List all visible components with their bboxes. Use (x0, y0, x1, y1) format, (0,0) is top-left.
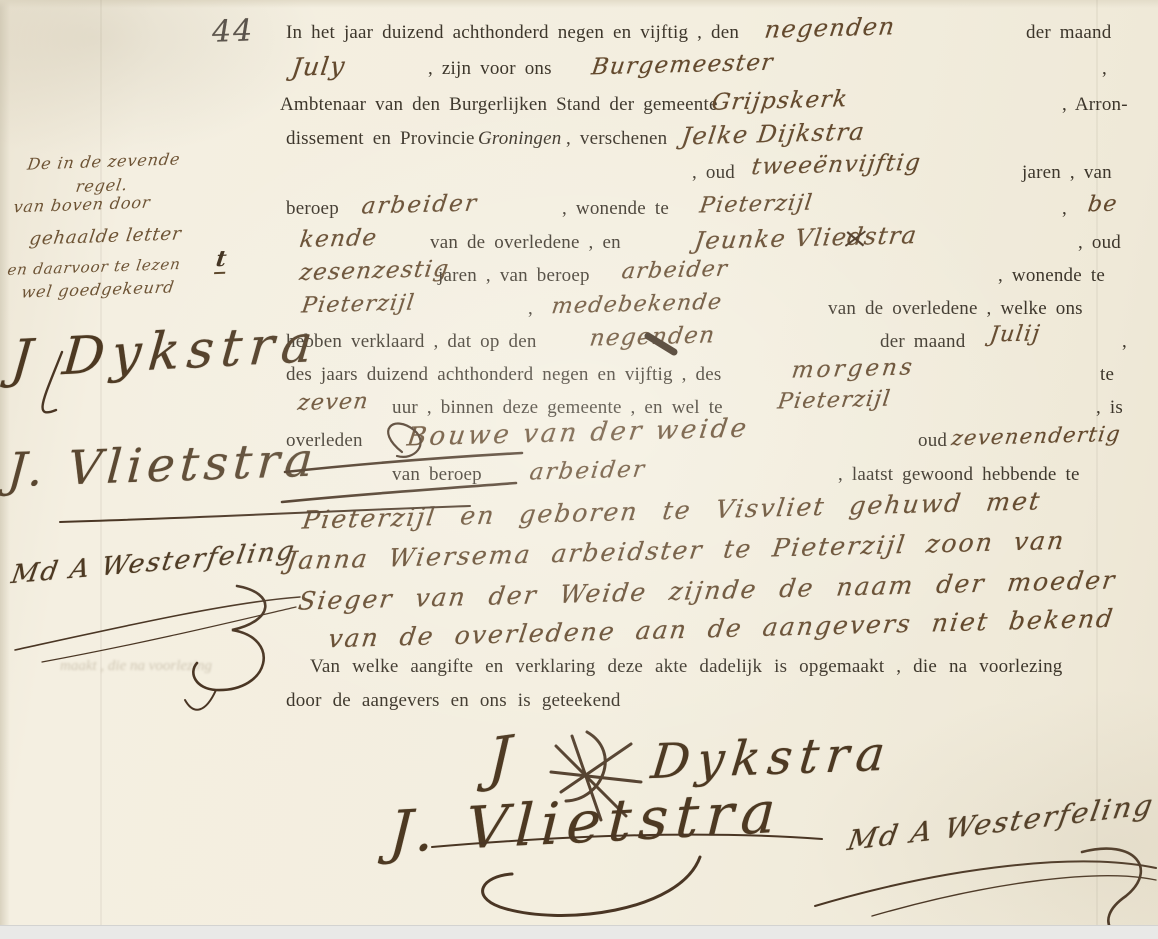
margin-signature-flourish (15, 586, 300, 710)
paper-top-edge-shadow (0, 0, 1158, 8)
act-number: 44 (211, 13, 254, 49)
bottom-signature-vlietstra: J. Vlietstra (387, 778, 784, 866)
bottom-signature-burgemeester: Md A Westerfeling (845, 788, 1157, 857)
margin-note-line6: wel goedgekeurd (20, 277, 176, 301)
printed-wonende-te: , wonende te (998, 265, 1105, 287)
margin-note-correction-letter: t (214, 246, 229, 274)
printed-wonende-te: , wonende te (562, 198, 669, 220)
handwritten-deceased-age: zevenendertig (950, 422, 1122, 450)
handwritten-deceased-name: Bouwe van der weide (405, 414, 751, 453)
printed-jaren-van: jaren , van (1022, 162, 1112, 184)
printed-welke-ons: van de overledene , welke ons (828, 298, 1083, 320)
printed-comma: , (1102, 58, 1107, 80)
printed-te: te (1100, 364, 1114, 386)
printed-des-jaars: des jaars duizend achthonderd negen en v… (286, 364, 721, 386)
handwritten-medebekende: medebekende (550, 290, 724, 319)
handwritten-declarant2-name: Jeunke Vliedstra (693, 221, 919, 255)
handwritten-declarant2-age: zesenzestig (298, 256, 451, 286)
declarant2-name-part1: Jeunke Vlie (693, 223, 850, 255)
printed-provincie-name: Groningen (478, 128, 561, 150)
margin-note-line1: De in de zevende (26, 149, 181, 173)
printed-der-maand: der maand (880, 331, 965, 353)
printed-oud: oud (918, 430, 947, 452)
handwritten-declarant1-age: tweeënvijftig (750, 150, 923, 180)
handwritten-be-syllable: be (1086, 192, 1119, 218)
printed-dissement: dissement en Provincie (286, 128, 475, 150)
handwritten-death-place: Pieterzijl (776, 387, 892, 415)
margin-note-line4: gehaalde letter (28, 223, 183, 249)
printed-van-beroep: van beroep (392, 464, 482, 486)
printed-jaren-van-beroep: jaren , van beroep (438, 265, 590, 287)
handwritten-death-day: negenden (588, 322, 717, 351)
printed-comma: , (1062, 198, 1067, 220)
printed-comma: , (1122, 331, 1127, 353)
printed-is: , is (1096, 397, 1123, 419)
margin-note-line3: van boven door (12, 193, 152, 217)
handwritten-residence-birth-line: Pieterzijl en geboren te Visvliet gehuwd… (301, 486, 1043, 534)
printed-closing-line1: Van welke aangifte en verklaring deze ak… (310, 656, 1062, 678)
handwritten-gemeente: Grijpskerk (710, 86, 850, 116)
handwritten-spouse-line: Janna Wiersema arbeidster te Pieterzijl … (285, 526, 1068, 575)
scan-bottom-strip (0, 925, 1158, 939)
printed-verschenen: , verschenen (566, 128, 667, 150)
margin-note-line5: en daarvoor te lezen (6, 255, 182, 279)
printed-closing-line2: door de aangevers en ons is geteekend (286, 690, 621, 712)
printed-zijn-voor-ons: , zijn voor ons (428, 58, 552, 80)
handwritten-declarant1-name: Jelke Dijkstra (680, 118, 867, 151)
handwritten-kende: kende (298, 225, 379, 253)
declarant2-name-part2: stra (862, 221, 919, 250)
printed-hebben-verklaard: hebben verklaard , dat op den (286, 331, 537, 353)
handwritten-day: negenden (763, 12, 897, 43)
printed-beroep: beroep (286, 198, 339, 220)
handwritten-official-title: Burgemeester (590, 50, 775, 81)
printed-der-maand: der maand (1026, 22, 1111, 44)
margin-signature-burgemeester: Md A Westerfeling (9, 536, 298, 590)
printed-laatst-gewoond: , laatst gewoond hebbende te (838, 464, 1080, 486)
burgemeester-flourish (815, 849, 1156, 935)
handwritten-death-month: Julij (988, 321, 1042, 347)
margin-signature-vlietstra: J. Vlietstra (6, 433, 320, 499)
handwritten-morgens: morgens (790, 354, 917, 383)
printed-year-line: In het jaar duizend achthonderd negen en… (286, 22, 739, 44)
printed-oud: , oud (692, 162, 735, 184)
handwritten-declarant2-occupation: arbeider (620, 257, 730, 285)
handwritten-deceased-occupation: arbeider (528, 456, 648, 485)
margin-signature-dykstra: J Dykstra (8, 314, 322, 390)
printed-van-de-overledene-en: van de overledene , en (430, 232, 621, 254)
printed-ambtenaar-line: Ambtenaar van den Burgerlijken Stand der… (280, 94, 718, 116)
printed-comma: , (528, 298, 533, 320)
printed-oud: , oud (1078, 232, 1121, 254)
handwritten-declarant1-residence: Pieterzijl (698, 191, 814, 219)
printed-arron: , Arron- (1062, 94, 1128, 116)
death-certificate-scan: 44 In het jaar duizend achthonderd negen… (0, 0, 1158, 939)
handwritten-month: July (290, 51, 347, 81)
bleed-through-text: maakt , die na voorlezing (60, 658, 212, 675)
bottom-signature-dykstra-initial: J (487, 723, 513, 794)
handwritten-declarant1-occupation: arbeider (360, 190, 480, 219)
handwritten-hour: zeven (296, 389, 370, 416)
